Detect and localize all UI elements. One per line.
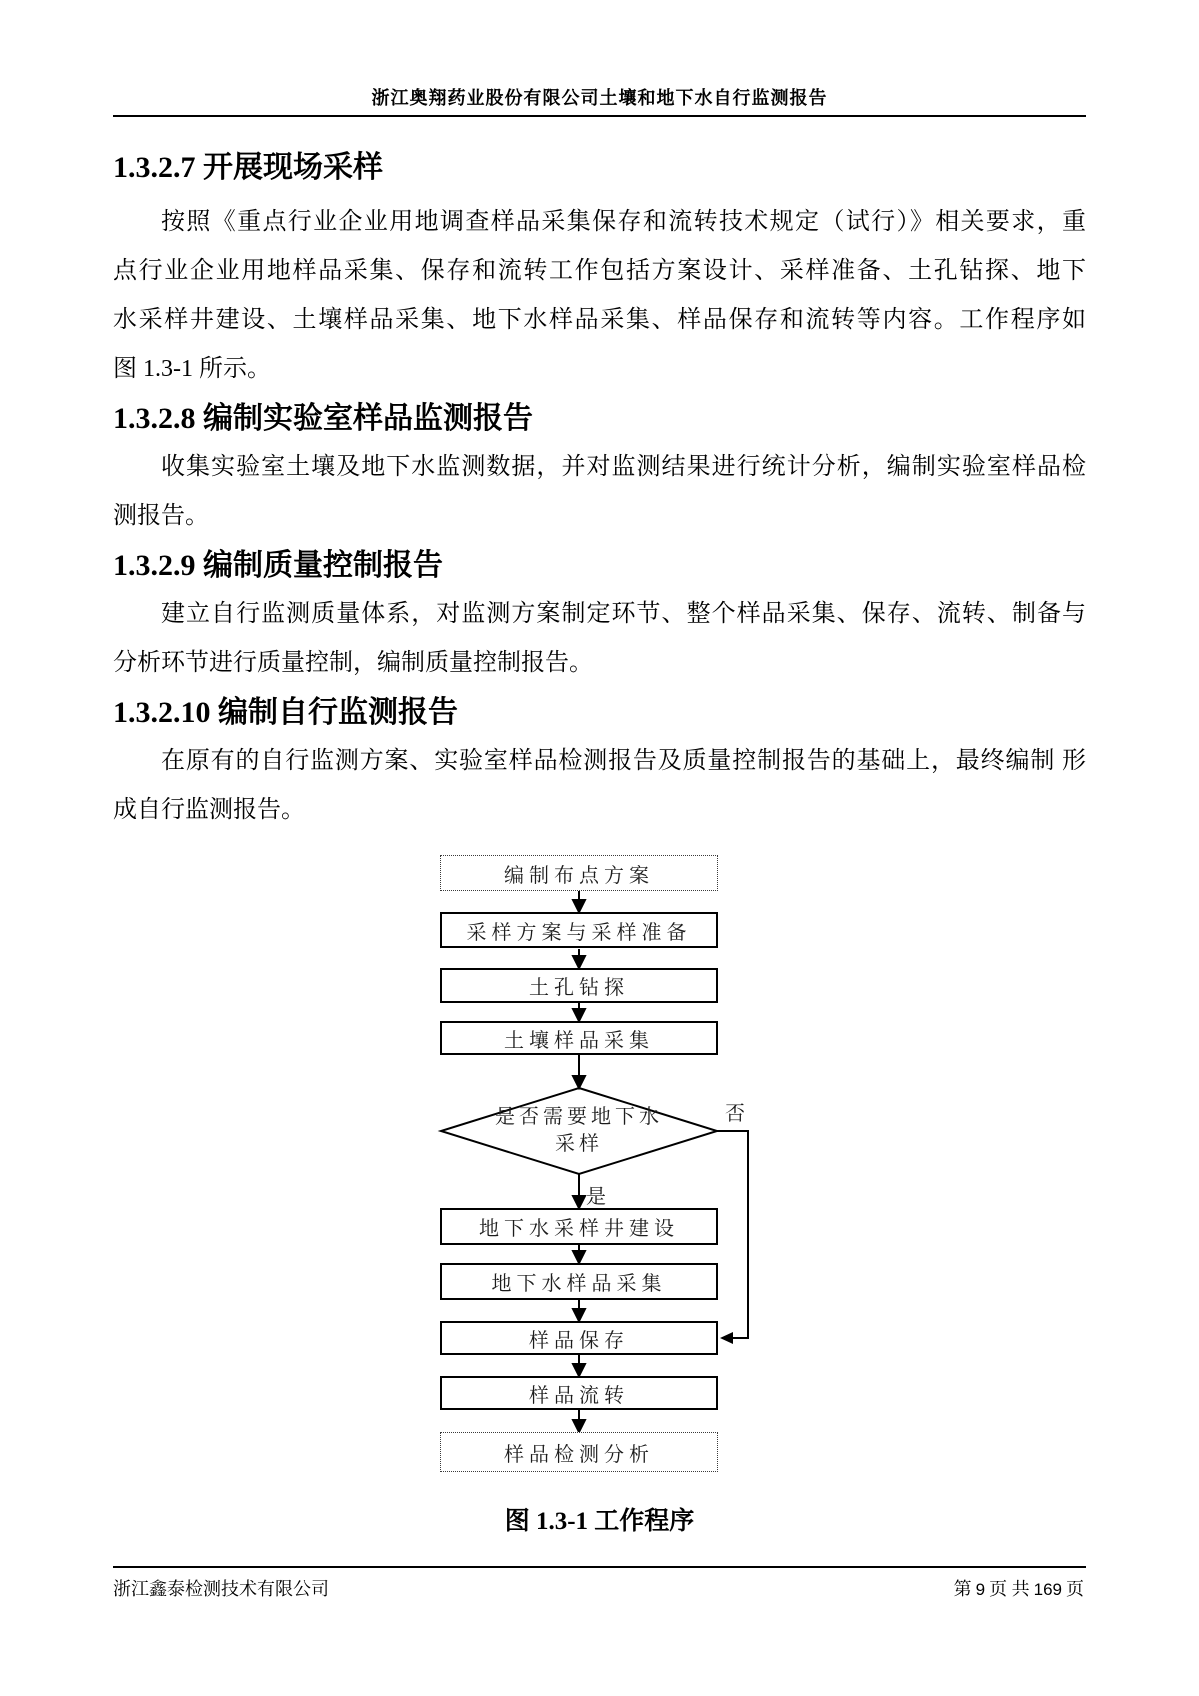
- yes-branch-label: 是: [586, 1180, 606, 1209]
- page-content: 1.3.2.7 开展现场采样 按照《重点行业企业用地调查样品采集保存和流转技术规…: [113, 143, 1086, 1537]
- text-line: 按照《重点行业企业用地调查样品采集保存和流转技术规定（试行）》相关要求，重: [113, 198, 1086, 247]
- flowchart-figure: 编制布点方案 采样方案与采样准备 土孔钻探 土壤样品采集 地下水采样井建设 地下…: [113, 855, 1086, 1537]
- text-line: 水采样井建设、土壤样品采集、地下水样品采集、样品保存和流转等内容。工作程序如: [113, 296, 1086, 345]
- page-prefix: 第: [954, 1579, 972, 1599]
- flow-step-soil-drilling: 土孔钻探: [440, 968, 718, 1003]
- page-header: 浙江奥翔药业股份有限公司土壤和地下水自行监测报告: [113, 0, 1086, 117]
- document-page: 浙江奥翔药业股份有限公司土壤和地下水自行监测报告 1.3.2.7 开展现场采样 …: [0, 0, 1199, 1696]
- section-heading: 1.3.2.10 编制自行监测报告: [113, 688, 1086, 737]
- text-line: 分析环节进行质量控制，编制质量控制报告。: [113, 639, 1086, 688]
- section-1-3-2-9: 1.3.2.9 编制质量控制报告 建立自行监测质量体系，对监测方案制定环节、整个…: [113, 541, 1086, 688]
- text-line: 收集实验室土壤及地下水监测数据，并对监测结果进行统计分析，编制实验室样品检: [113, 443, 1086, 492]
- section-1-3-2-7: 1.3.2.7 开展现场采样 按照《重点行业企业用地调查样品采集保存和流转技术规…: [113, 143, 1086, 394]
- no-branch-line: [717, 1131, 748, 1338]
- text-line: 图 1.3-1 所示。: [113, 345, 1086, 394]
- page-number: 9: [976, 1580, 985, 1599]
- section-1-3-2-8: 1.3.2.8 编制实验室样品监测报告 收集实验室土壤及地下水监测数据，并对监测…: [113, 394, 1086, 541]
- footer-company: 浙江鑫泰检测技术有限公司: [113, 1575, 329, 1601]
- section-heading: 1.3.2.8 编制实验室样品监测报告: [113, 394, 1086, 443]
- paragraph: 收集实验室土壤及地下水监测数据，并对监测结果进行统计分析，编制实验室样品检测报告…: [113, 443, 1086, 541]
- section-heading: 1.3.2.7 开展现场采样: [113, 143, 1086, 192]
- text-line: 点行业企业用地样品采集、保存和流转工作包括方案设计、采样准备、土孔钻探、地下: [113, 247, 1086, 296]
- paragraph: 按照《重点行业企业用地调查样品采集保存和流转技术规定（试行）》相关要求，重点行业…: [113, 198, 1086, 394]
- flow-step-well-construction: 地下水采样井建设: [440, 1208, 718, 1245]
- decision-label: 是否需要地下水 采样: [440, 1104, 718, 1158]
- section-1-3-2-10: 1.3.2.10 编制自行监测报告 在原有的自行监测方案、实验室样品检测报告及质…: [113, 688, 1086, 835]
- decision-label-line2: 采样: [440, 1131, 718, 1158]
- flow-step-soil-sampling: 土壤样品采集: [440, 1021, 718, 1055]
- flowchart: 编制布点方案 采样方案与采样准备 土孔钻探 土壤样品采集 地下水采样井建设 地下…: [113, 855, 1086, 1475]
- figure-caption: 图 1.3-1 工作程序: [113, 1507, 1086, 1537]
- paragraph: 在原有的自行监测方案、实验室样品检测报告及质量控制报告的基础上，最终编制 形成自…: [113, 737, 1086, 835]
- flow-step-sample-transfer: 样品流转: [440, 1376, 718, 1410]
- page-suffix: 页: [1066, 1579, 1084, 1599]
- no-branch-label: 否: [725, 1097, 745, 1126]
- section-heading: 1.3.2.9 编制质量控制报告: [113, 541, 1086, 590]
- flow-step-sampling-prep: 采样方案与采样准备: [440, 912, 718, 948]
- text-line: 测报告。: [113, 492, 1086, 541]
- text-line: 成自行监测报告。: [113, 786, 1086, 835]
- page-middle: 页 共: [989, 1579, 1030, 1599]
- footer-page-info: 第9页 共169页: [952, 1575, 1086, 1601]
- no-branch-arrowhead: [720, 1332, 733, 1344]
- flow-step-plan-layout: 编制布点方案: [440, 855, 718, 891]
- decision-label-line1: 是否需要地下水: [440, 1104, 718, 1131]
- flow-step-water-sampling: 地下水样品采集: [440, 1263, 718, 1300]
- flow-step-sample-analysis: 样品检测分析: [440, 1432, 718, 1472]
- header-title: 浙江奥翔药业股份有限公司土壤和地下水自行监测报告: [113, 84, 1086, 110]
- text-line: 建立自行监测质量体系，对监测方案制定环节、整个样品采集、保存、流转、制备与: [113, 590, 1086, 639]
- paragraph: 建立自行监测质量体系，对监测方案制定环节、整个样品采集、保存、流转、制备与分析环…: [113, 590, 1086, 688]
- text-line: 在原有的自行监测方案、实验室样品检测报告及质量控制报告的基础上，最终编制 形: [113, 737, 1086, 786]
- page-footer: 浙江鑫泰检测技术有限公司 第9页 共169页: [113, 1566, 1086, 1601]
- page-total: 169: [1034, 1580, 1062, 1599]
- flow-step-sample-storage: 样品保存: [440, 1321, 718, 1355]
